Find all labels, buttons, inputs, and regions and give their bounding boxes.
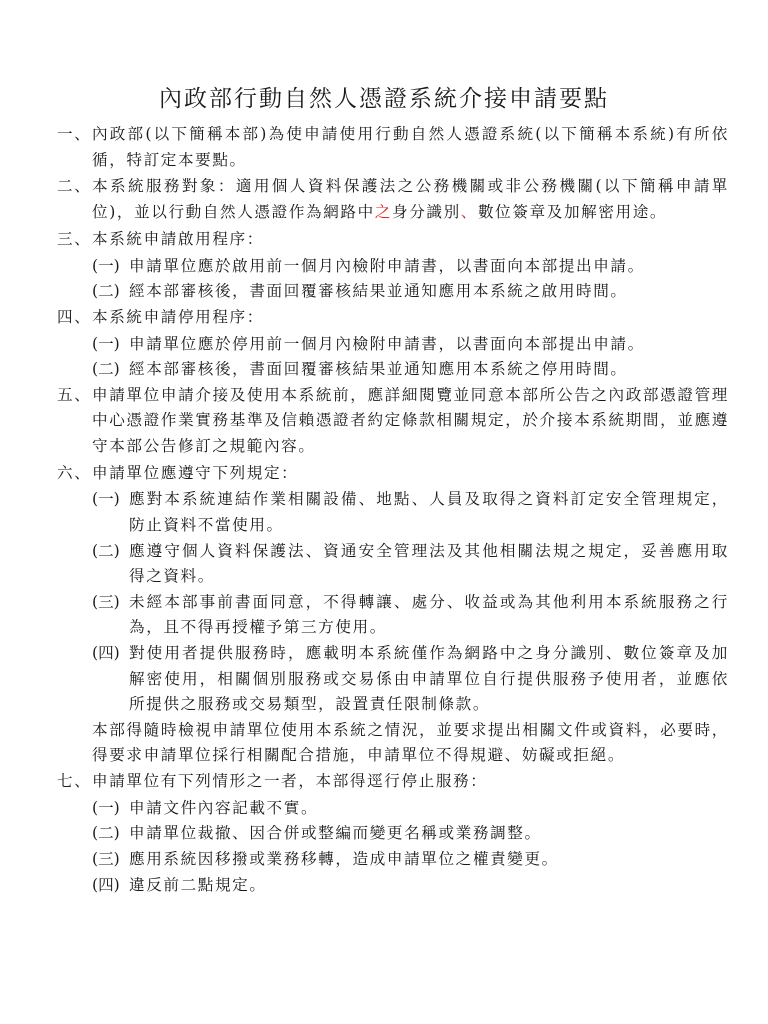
subsection: (一) 應對本系統連結作業相關設備、地點、人員及取得之資料訂定安全管理規定，防止…: [92, 487, 729, 538]
subsection-number: (二): [92, 821, 129, 847]
subsection-text: 未經本部事前書面同意，不得轉讓、處分、收益或為其他利用本系統服務之行為，且不得再…: [129, 590, 729, 641]
subsection-number: (四): [92, 641, 129, 718]
section-text: 本系統申請啟用程序：: [92, 227, 729, 253]
highlighted-char: 之: [375, 203, 392, 221]
highlighted-char: 、: [461, 203, 478, 221]
document-body: 一、 內政部(以下簡稱本部)為使申請使用行動自然人憑證系統(以下簡稱本系統)有所…: [57, 122, 729, 898]
subsection-text: 應用系統因移撥或業務移轉，造成申請單位之權責變更。: [129, 847, 729, 873]
section-text-part: 身分識別: [392, 203, 461, 221]
document-title: 內政部行動自然人憑證系統介接申請要點: [0, 84, 768, 114]
section-5: 五、 申請單位申請介接及使用本系統前，應詳細閱覽並同意本部所公告之內政部憑證管理…: [57, 383, 729, 460]
subsection-number: (一): [92, 332, 129, 358]
section-number: 四、: [57, 305, 92, 331]
subsection-number: (三): [92, 847, 129, 873]
subsection: (二) 申請單位裁撤、因合併或整編而變更名稱或業務調整。: [92, 821, 729, 847]
section-text: 申請單位應遵守下列規定：: [92, 461, 729, 487]
section-text: 本系統服務對象：適用個人資料保護法之公務機關或非公務機關(以下簡稱申請單位)，並…: [92, 174, 729, 225]
subsection-text: 應遵守個人資料保護法、資通安全管理法及其他相關法規之規定，妥善應用取得之資料。: [129, 539, 729, 590]
section-4: 四、 本系統申請停用程序：: [57, 305, 729, 331]
section-number: 三、: [57, 227, 92, 253]
subsection-text: 應對本系統連結作業相關設備、地點、人員及取得之資料訂定安全管理規定，防止資料不當…: [129, 487, 729, 538]
section-number: 二、: [57, 174, 92, 225]
section-text: 申請單位有下列情形之一者，本部得逕行停止服務：: [92, 769, 729, 795]
section-number: 一、: [57, 122, 92, 173]
section-6: 六、 申請單位應遵守下列規定：: [57, 461, 729, 487]
subsection-text: 申請文件內容記載不實。: [129, 796, 729, 822]
subsection: (二) 應遵守個人資料保護法、資通安全管理法及其他相關法規之規定，妥善應用取得之…: [92, 539, 729, 590]
section-number: 七、: [57, 769, 92, 795]
section-2: 二、 本系統服務對象：適用個人資料保護法之公務機關或非公務機關(以下簡稱申請單位…: [57, 174, 729, 225]
subsection: (三) 應用系統因移撥或業務移轉，造成申請單位之權責變更。: [92, 847, 729, 873]
subsection-number: (三): [92, 590, 129, 641]
subsection-number: (一): [92, 796, 129, 822]
subsection-text: 經本部審核後，書面回覆審核結果並通知應用本系統之停用時間。: [129, 357, 729, 383]
section-number: 六、: [57, 461, 92, 487]
section-1: 一、 內政部(以下簡稱本部)為使申請使用行動自然人憑證系統(以下簡稱本系統)有所…: [57, 122, 729, 173]
subsection: (一) 申請單位應於停用前一個月內檢附申請書，以書面向本部提出申請。: [92, 332, 729, 358]
section-text: 本系統申請停用程序：: [92, 305, 729, 331]
section-3: 三、 本系統申請啟用程序：: [57, 227, 729, 253]
section-closing-paragraph: 本部得隨時檢視申請單位使用本系統之情況，並要求提出相關文件或資料，必要時，得要求…: [92, 718, 729, 769]
subsection-text: 經本部審核後，書面回覆審核結果並通知應用本系統之啟用時間。: [129, 279, 729, 305]
subsection-text: 對使用者提供服務時，應載明本系統僅作為網路中之身分識別、數位簽章及加解密使用，相…: [129, 641, 729, 718]
subsection: (二) 經本部審核後，書面回覆審核結果並通知應用本系統之停用時間。: [92, 357, 729, 383]
subsection: (四) 對使用者提供服務時，應載明本系統僅作為網路中之身分識別、數位簽章及加解密…: [92, 641, 729, 718]
subsection-number: (二): [92, 539, 129, 590]
subsection-text: 申請單位裁撤、因合併或整編而變更名稱或業務調整。: [129, 821, 729, 847]
subsection-number: (一): [92, 487, 129, 538]
document-page: 內政部行動自然人憑證系統介接申請要點 一、 內政部(以下簡稱本部)為使申請使用行…: [0, 0, 768, 1024]
section-text: 申請單位申請介接及使用本系統前，應詳細閱覽並同意本部所公告之內政部憑證管理中心憑…: [92, 383, 729, 460]
section-7: 七、 申請單位有下列情形之一者，本部得逕行停止服務：: [57, 769, 729, 795]
section-text: 內政部(以下簡稱本部)為使申請使用行動自然人憑證系統(以下簡稱本系統)有所依循，…: [92, 122, 729, 173]
subsection-number: (二): [92, 357, 129, 383]
subsection-number: (一): [92, 254, 129, 280]
section-number: 五、: [57, 383, 92, 460]
subsection-number: (四): [92, 873, 129, 899]
subsection: (一) 申請文件內容記載不實。: [92, 796, 729, 822]
subsection: (二) 經本部審核後，書面回覆審核結果並通知應用本系統之啟用時間。: [92, 279, 729, 305]
subsection: (一) 申請單位應於啟用前一個月內檢附申請書，以書面向本部提出申請。: [92, 254, 729, 280]
subsection: (四) 違反前二點規定。: [92, 873, 729, 899]
subsection: (三) 未經本部事前書面同意，不得轉讓、處分、收益或為其他利用本系統服務之行為，…: [92, 590, 729, 641]
subsection-number: (二): [92, 279, 129, 305]
subsection-text: 申請單位應於停用前一個月內檢附申請書，以書面向本部提出申請。: [129, 332, 729, 358]
subsection-text: 違反前二點規定。: [129, 873, 729, 899]
subsection-text: 申請單位應於啟用前一個月內檢附申請書，以書面向本部提出申請。: [129, 254, 729, 280]
section-text-part: 數位簽章及加解密用途。: [478, 203, 667, 221]
